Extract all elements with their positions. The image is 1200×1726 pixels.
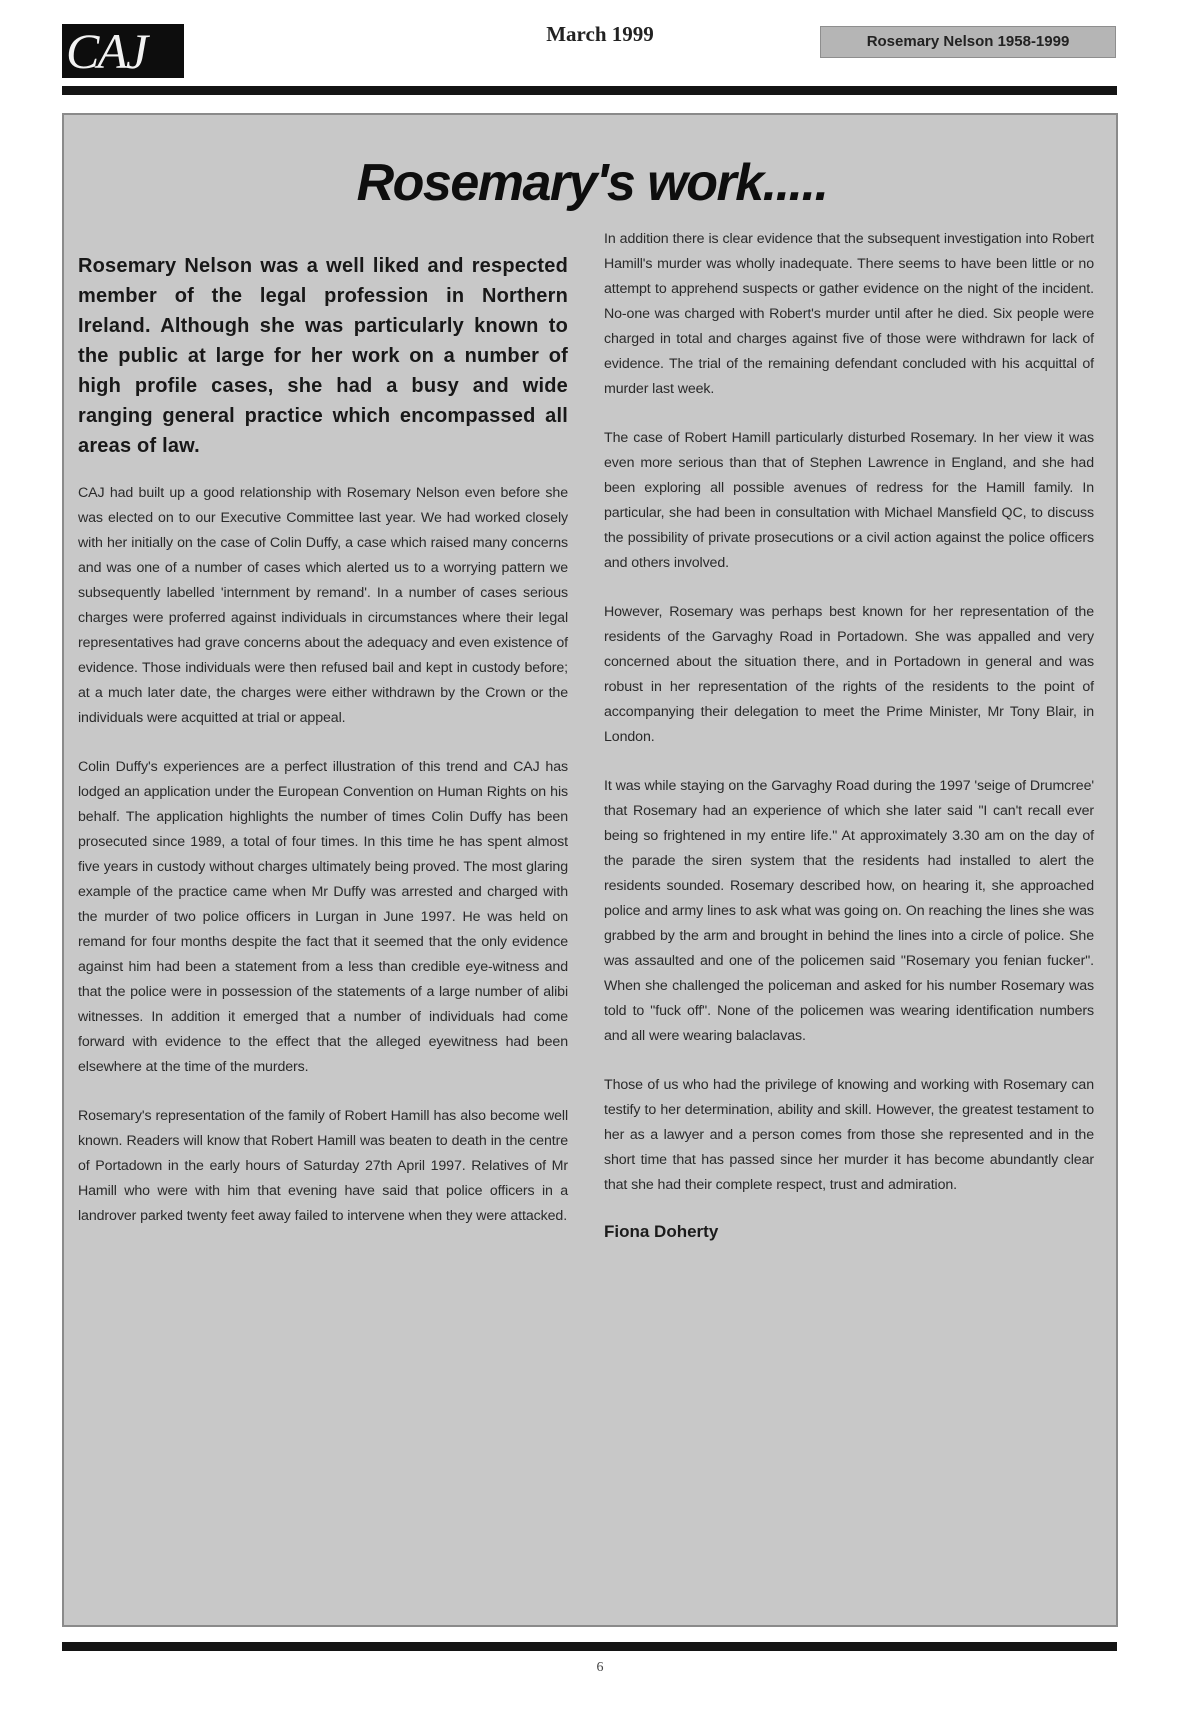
article-box: Rosemary's work..... Rosemary Nelson was… xyxy=(62,113,1118,1627)
page-number: 6 xyxy=(0,1660,1200,1676)
right-column: In addition there is clear evidence that… xyxy=(604,227,1094,1242)
footer-rule xyxy=(62,1642,1117,1651)
paragraph: CAJ had built up a good relationship wit… xyxy=(78,481,568,731)
article-lede: Rosemary Nelson was a well liked and res… xyxy=(78,251,568,461)
paragraph: It was while staying on the Garvaghy Roa… xyxy=(604,774,1094,1049)
header-badge: Rosemary Nelson 1958-1999 xyxy=(820,26,1116,58)
header-rule xyxy=(62,86,1117,95)
paragraph: Those of us who had the privilege of kno… xyxy=(604,1073,1094,1198)
paragraph: In addition there is clear evidence that… xyxy=(604,227,1094,402)
paragraph: Colin Duffy's experiences are a perfect … xyxy=(78,755,568,1080)
paragraph: However, Rosemary was perhaps best known… xyxy=(604,600,1094,750)
article-title: Rosemary's work..... xyxy=(64,153,1120,213)
left-column: Rosemary Nelson was a well liked and res… xyxy=(78,251,568,1253)
paragraph: Rosemary's representation of the family … xyxy=(78,1104,568,1229)
author-byline: Fiona Doherty xyxy=(604,1222,1094,1242)
paragraph: The case of Robert Hamill particularly d… xyxy=(604,426,1094,576)
